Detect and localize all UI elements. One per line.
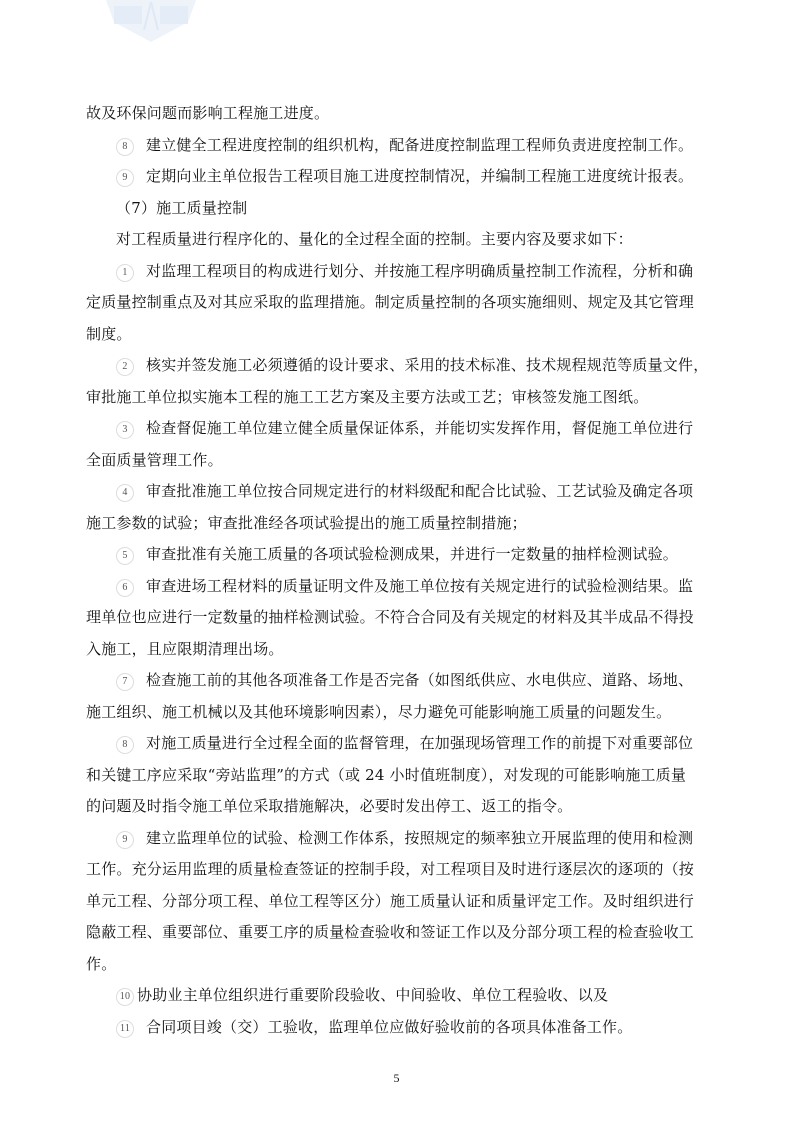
line-text: 作。 [86,955,116,973]
list-item-line: 5审查批准有关施工质量的各项试验检测成果，并进行一定数量的抽样检测试验。 [86,539,722,571]
line-text: 制度。 [86,325,132,343]
list-item-line: 10协助业主单位组织进行重要阶段验收、中间验收、单位工程验收、以及 [86,980,722,1012]
paragraph-line: 隐蔽工程、重要部位、重要工序的质量检查验收和签证工作以及分部分项工程的检查验收工 [86,917,722,949]
circled-number: 2 [116,358,134,376]
circled-number: 10 [116,988,134,1006]
paragraph-line: 作。 [86,949,722,981]
page-number: 5 [0,1071,793,1086]
logo-watermark [96,0,206,42]
line-text: 故及环保问题而影响工程施工进度。 [86,104,329,122]
paragraph-line: 施工参数的试验；审查批准经各项试验提出的施工质量控制措施； [86,508,722,540]
paragraph-line: 和关键工序应采取“旁站监理”的方式（或 24 小时值班制度），对发现的可能影响施… [86,760,722,792]
paragraph-line: （7）施工质量控制 [86,193,722,225]
paragraph-line: 施工组织、施工机械以及其他环境影响因素），尽力避免可能影响施工质量的问题发生。 [86,697,722,729]
circled-number: 9 [116,831,134,849]
list-item-line: 2核实并签发施工必须遵循的设计要求、采用的技术标准、技术规程规范等质量文件， [86,350,722,382]
circled-number: 1 [116,264,134,282]
line-text: 单元工程、分部分项工程、单位工程等区分）施工质量认证和质量评定工作。及时组织进行 [86,892,694,910]
paragraph-line: 制度。 [86,319,722,351]
list-item-line: 8建立健全工程进度控制的组织机构，配备进度控制监理工程师负责进度控制工作。 [86,130,722,162]
paragraph-line: 入施工，且应限期清理出场。 [86,634,722,666]
line-text: 审查批准有关施工质量的各项试验检测成果，并进行一定数量的抽样检测试验。 [146,545,678,563]
line-text: 合同项目竣（交）工验收，监理单位应做好验收前的各项具体准备工作。 [146,1018,632,1036]
list-item-line: 9定期向业主单位报告工程项目施工进度控制情况，并编制工程施工进度统计报表。 [86,161,722,193]
line-text: 审批施工单位拟实施本工程的施工工艺方案及主要方法或工艺；审核签发施工图纸。 [86,388,648,406]
circled-number: 3 [116,421,134,439]
circled-number: 6 [116,579,134,597]
line-text: 工作。充分运用监理的质量检查签证的控制手段，对工程项目及时进行逐层次的逐项的（按 [86,860,694,878]
line-text: （7）施工质量控制 [116,199,247,217]
line-text: 核实并签发施工必须遵循的设计要求、采用的技术标准、技术规程规范等质量文件， [146,356,708,374]
list-item-line: 1对监理工程项目的构成进行划分、并按施工程序明确质量控制工作流程，分析和确 [86,256,722,288]
line-text: 审查进场工程材料的质量证明文件及施工单位按有关规定进行的试验检测结果。监 [146,577,693,595]
document-body: 故及环保问题而影响工程施工进度。8建立健全工程进度控制的组织机构，配备进度控制监… [86,98,722,1043]
list-item-line: 7检查施工前的其他各项准备工作是否完备（如图纸供应、水电供应、道路、场地、 [86,665,722,697]
circled-number: 8 [116,736,134,754]
line-text: 施工参数的试验；审查批准经各项试验提出的施工质量控制措施； [86,514,527,532]
paragraph-line: 对工程质量进行程序化的、量化的全过程全面的控制。主要内容及要求如下： [86,224,722,256]
list-item-line: 11合同项目竣（交）工验收，监理单位应做好验收前的各项具体准备工作。 [86,1012,722,1044]
circled-number: 5 [116,547,134,565]
list-item-line: 9建立监理单位的试验、检测工作体系，按照规定的频率独立开展监理的使用和检测 [86,823,722,855]
line-text: 理单位也应进行一定数量的抽样检测试验。不符合合同及有关规定的材料及其半成品不得投 [86,608,694,626]
line-text: 和关键工序应采取“旁站监理”的方式（或 24 小时值班制度），对发现的可能影响施… [86,766,686,784]
line-text: 建立监理单位的试验、检测工作体系，按照规定的频率独立开展监理的使用和检测 [146,829,693,847]
line-text: 定质量控制重点及对其应采取的监理措施。制定质量控制的各项实施细则、规定及其它管理 [86,293,694,311]
circled-number: 9 [116,169,134,187]
line-text: 建立健全工程进度控制的组织机构，配备进度控制监理工程师负责进度控制工作。 [146,136,693,154]
line-text: 定期向业主单位报告工程项目施工进度控制情况，并编制工程施工进度统计报表。 [146,167,693,185]
circled-number: 11 [116,1020,134,1038]
circled-number: 4 [116,484,134,502]
line-text: 对施工质量进行全过程全面的监督管理，在加强现场管理工作的前提下对重要部位 [146,734,693,752]
circled-number: 7 [116,673,134,691]
paragraph-line: 审批施工单位拟实施本工程的施工工艺方案及主要方法或工艺；审核签发施工图纸。 [86,382,722,414]
line-text: 对监理工程项目的构成进行划分、并按施工程序明确质量控制工作流程，分析和确 [146,262,693,280]
line-text: 的问题及时指令施工单位采取措施解决，必要时发出停工、返工的指令。 [86,797,572,815]
paragraph-line: 定质量控制重点及对其应采取的监理措施。制定质量控制的各项实施细则、规定及其它管理 [86,287,722,319]
paragraph-line: 故及环保问题而影响工程施工进度。 [86,98,722,130]
list-item-line: 6审查进场工程材料的质量证明文件及施工单位按有关规定进行的试验检测结果。监 [86,571,722,603]
line-text: 检查施工前的其他各项准备工作是否完备（如图纸供应、水电供应、道路、场地、 [146,671,693,689]
line-text: 隐蔽工程、重要部位、重要工序的质量检查验收和签证工作以及分部分项工程的检查验收工 [86,923,694,941]
paragraph-line: 单元工程、分部分项工程、单位工程等区分）施工质量认证和质量评定工作。及时组织进行 [86,886,722,918]
paragraph-line: 工作。充分运用监理的质量检查签证的控制手段，对工程项目及时进行逐层次的逐项的（按 [86,854,722,886]
line-text: 入施工，且应限期清理出场。 [86,640,284,658]
paragraph-line: 的问题及时指令施工单位采取措施解决，必要时发出停工、返工的指令。 [86,791,722,823]
line-text: 协助业主单位组织进行重要阶段验收、中间验收、单位工程验收、以及 [137,986,608,1004]
list-item-line: 3检查督促施工单位建立健全质量保证体系，并能切实发挥作用，督促施工单位进行 [86,413,722,445]
paragraph-line: 理单位也应进行一定数量的抽样检测试验。不符合合同及有关规定的材料及其半成品不得投 [86,602,722,634]
line-text: 全面质量管理工作。 [86,451,223,469]
circled-number: 8 [116,138,134,156]
list-item-line: 4审查批准施工单位按合同规定进行的材料级配和配合比试验、工艺试验及确定各项 [86,476,722,508]
paragraph-line: 全面质量管理工作。 [86,445,722,477]
line-text: 施工组织、施工机械以及其他环境影响因素），尽力避免可能影响施工质量的问题发生。 [86,703,671,721]
list-item-line: 8对施工质量进行全过程全面的监督管理，在加强现场管理工作的前提下对重要部位 [86,728,722,760]
line-text: 检查督促施工单位建立健全质量保证体系，并能切实发挥作用，督促施工单位进行 [146,419,693,437]
line-text: 审查批准施工单位按合同规定进行的材料级配和配合比试验、工艺试验及确定各项 [146,482,693,500]
line-text: 对工程质量进行程序化的、量化的全过程全面的控制。主要内容及要求如下： [116,230,633,248]
